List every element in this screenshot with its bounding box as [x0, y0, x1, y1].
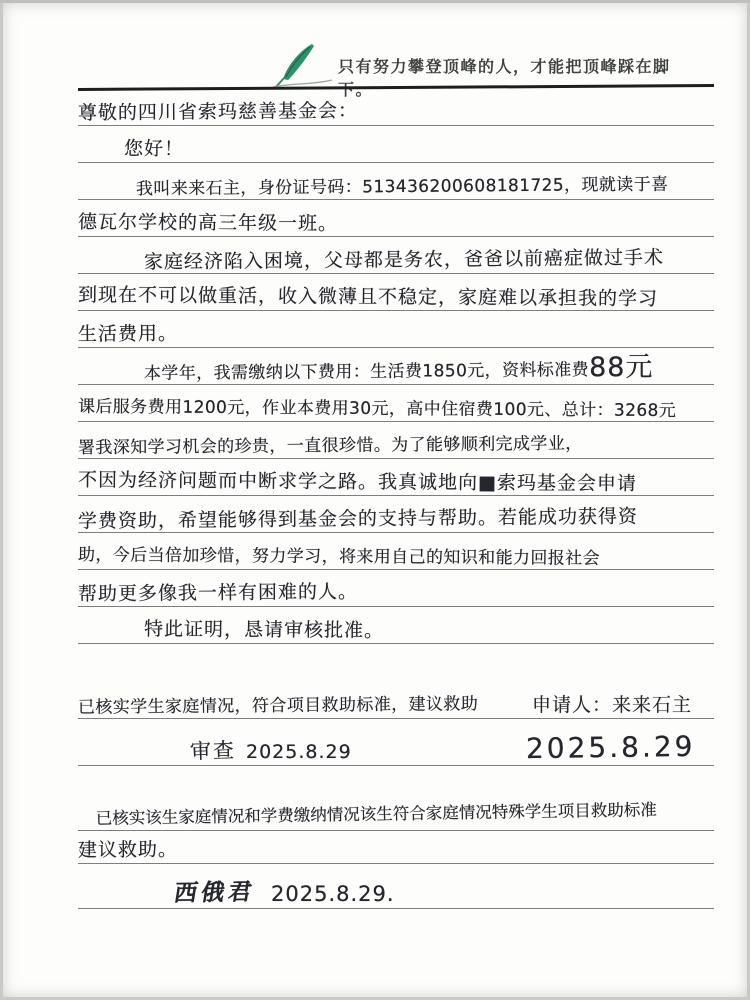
appeal-text-1: 署我深知学习机会的珍贵，一直很珍惜。为了能够顺利完成学业， — [78, 436, 583, 460]
school-review-text-2: 建议救助。 — [78, 841, 178, 864]
family-text-3: 生活费用。 — [78, 325, 178, 348]
school-signature: 西俄君 — [172, 881, 257, 908]
scanned-letter-page: { "header": { "slogan": "只有努力攀登顶峰的人，才能把顶… — [0, 0, 750, 1000]
line-closing: 特此证明，恳请审核批准。 — [78, 607, 714, 644]
family-text-2: 到现在不可以做重活，收入微薄且不稳定，家庭难以承担我的学习 — [78, 286, 658, 312]
teacher-signature: 审查 — [190, 740, 237, 766]
line-teacher-review: 已核实学生家庭情况，符合项目救助标准，建议救助 申请人：来来石主 — [78, 672, 714, 719]
school-signature-group: 西俄君 2025.8.29. — [78, 882, 395, 908]
line-school-signature: 西俄君 2025.8.29. — [78, 864, 714, 909]
letter-body: 尊敬的四川省索玛慈善基金会： 您好！ 我叫来来石主，身份证号码：51343620… — [78, 89, 714, 909]
school-review-text-1: 已核实该生家庭情况和学费缴纳情况该生符合家庭情况特殊学生项目救助标准 — [96, 802, 657, 830]
quill-feather-icon — [270, 42, 334, 92]
line-intro-2: 德瓦尔学校的高三年级一班。 — [78, 200, 714, 237]
line-appeal-4: 助，今后当倍加珍惜，努力学习，将来用自己的知识和能力回报社会 — [78, 533, 714, 570]
appeal-text-3: 学费资助，希望能够得到基金会的支持与帮助。若能成功获得资 — [78, 508, 638, 535]
salutation-text: 尊敬的四川省索玛慈善基金会： — [78, 102, 358, 126]
intro-text-2: 德瓦尔学校的高三年级一班。 — [78, 213, 338, 237]
line-school-review-2: 建议救助。 — [78, 831, 714, 864]
line-appeal-1: 署我深知学习机会的珍贵，一直很珍惜。为了能够顺利完成学业， — [78, 422, 714, 459]
fees-text-1a: 本学年，我需缴纳以下费用：生活费1850元，资料标准费 — [144, 362, 589, 386]
line-appeal-3: 学费资助，希望能够得到基金会的支持与帮助。若能成功获得资 — [78, 496, 714, 533]
intro-text-1: 我叫来来石主，身份证号码：513436200608181725，现就读于喜 — [136, 177, 669, 202]
teacher-signature-group: 审查 2025.8.29 — [78, 741, 352, 765]
fees-text-1: 本学年，我需缴纳以下费用：生活费1850元，资料标准费 88元 — [78, 354, 653, 384]
line-intro-1: 我叫来来石主，身份证号码：513436200608181725，现就读于喜 — [78, 163, 714, 200]
family-text-1: 家庭经济陷入困境，父母都是务农，爸爸以前癌症做过手术 — [144, 249, 664, 276]
applicant-date: 2025.8.29 — [526, 733, 696, 766]
fees-amount-big: 88元 — [589, 354, 653, 384]
greeting-text: 您好！ — [124, 140, 184, 162]
teacher-review-text: 已核实学生家庭情况，符合项目救助标准，建议救助 — [78, 696, 478, 719]
closing-text: 特此证明，恳请审核批准。 — [144, 620, 384, 644]
line-family-3: 生活费用。 — [78, 311, 714, 348]
appeal-text-4: 助，今后当倍加珍惜，努力学习，将来用自己的知识和能力回报社会 — [78, 547, 600, 571]
appeal-text-5: 帮助更多像我一样有困难的人。 — [78, 583, 358, 607]
line-greeting: 您好！ — [78, 126, 714, 163]
line-teacher-signature: 审查 2025.8.29 2025.8.29 — [78, 719, 714, 766]
scan-edge — [0, 0, 750, 3]
line-fees-1: 本学年，我需缴纳以下费用：生活费1850元，资料标准费 88元 — [78, 348, 714, 385]
line-family-2: 到现在不可以做重活，收入微薄且不稳定，家庭难以承担我的学习 — [78, 274, 714, 311]
section-gap — [78, 766, 714, 786]
school-signature-date: 2025.8.29. — [271, 884, 395, 908]
appeal-text-2: 不因为经济问题而中断求学之路。我真诚地向■索玛基金会申请 — [78, 471, 637, 497]
line-salutation: 尊敬的四川省索玛慈善基金会： — [78, 89, 714, 126]
fees-text-2: 课后服务费用1200元，作业本费用30元，高中住宿费100元、总计：3268元 — [78, 399, 676, 423]
line-family-1: 家庭经济陷入困境，父母都是务农，爸爸以前癌症做过手术 — [78, 237, 714, 274]
applicant-name: 申请人：来来石主 — [532, 696, 692, 718]
teacher-signature-date: 2025.8.29 — [246, 743, 352, 765]
line-appeal-2: 不因为经济问题而中断求学之路。我真诚地向■索玛基金会申请 — [78, 459, 714, 496]
section-gap — [78, 644, 714, 672]
line-fees-2: 课后服务费用1200元，作业本费用30元，高中住宿费100元、总计：3268元 — [78, 385, 714, 422]
line-appeal-5: 帮助更多像我一样有困难的人。 — [78, 570, 714, 607]
line-school-review-1: 已核实该生家庭情况和学费缴纳情况该生符合家庭情况特殊学生项目救助标准 — [78, 786, 714, 831]
